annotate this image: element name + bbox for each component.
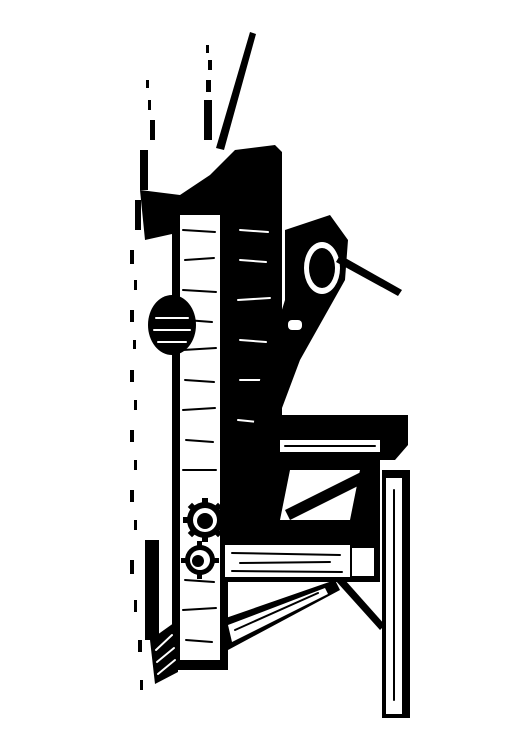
- right-leg: [382, 470, 410, 718]
- oval-handle: [309, 248, 335, 288]
- handle-rod: [336, 255, 402, 296]
- thin-strut: [335, 580, 385, 630]
- illustration-canvas: [0, 0, 531, 750]
- horizontal-plank: [220, 540, 380, 582]
- left-post: [172, 200, 228, 670]
- lever-arm: [216, 32, 256, 150]
- woodcut-machine-illustration: [0, 0, 531, 750]
- seat-platform: [270, 415, 408, 460]
- hanging-weight: [148, 295, 196, 355]
